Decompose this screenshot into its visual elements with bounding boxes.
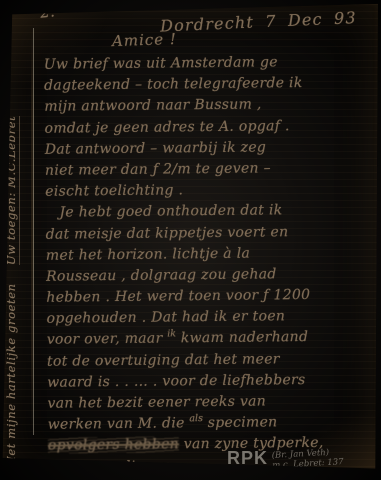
margin-closing: Met mijne hartelijke groeten — [4, 283, 18, 468]
page-number: 2. — [39, 2, 56, 21]
stamp-annotations: (Br. Jan Veth) m.c. Lebret: 137 — [272, 448, 344, 471]
salutation: Amice ! — [112, 30, 178, 50]
letter-body: Uw brief was uit Amsterdam gedagteekend … — [44, 51, 376, 478]
stamp-code: RPK — [227, 448, 268, 469]
photo-background: 2. Dordrecht 7 Dec 93 Amice ! Uw brief w… — [0, 0, 381, 480]
inserted-word: ik — [167, 329, 176, 340]
paper-fold-line — [31, 28, 34, 435]
crossed-out-text: opvolgers hebben — [48, 437, 179, 454]
dateline: Dordrecht 7 Dec 93 — [160, 7, 371, 35]
margin-signature-name: Uw toegen: M.C.Lebret — [4, 116, 20, 265]
collection-stamp: RPK (Br. Jan Veth) m.c. Lebret: 137 — [227, 448, 343, 469]
inserted-word: als — [189, 413, 203, 424]
letter-page: 2. Dordrecht 7 Dec 93 Amice ! Uw brief w… — [0, 0, 381, 480]
margin-signature: Met mijne hartelijke groeten Uw toegen: … — [4, 36, 18, 468]
